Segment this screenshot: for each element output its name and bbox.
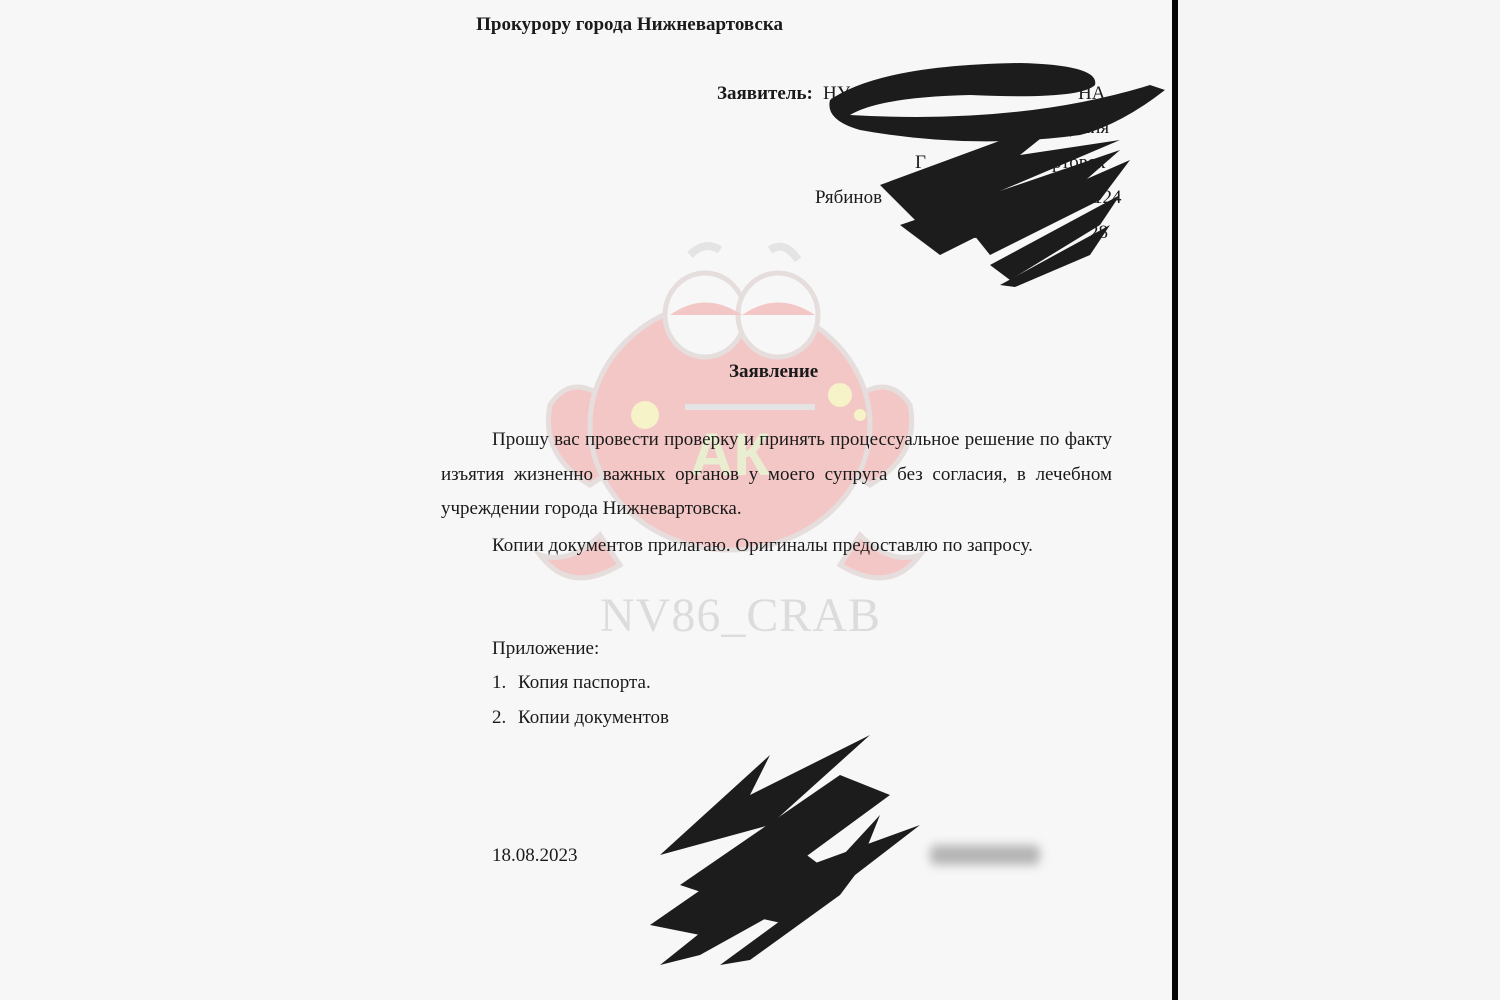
attachment-number: 2. — [492, 708, 506, 727]
body-paragraph-1: Прошу вас провести проверку и принять пр… — [441, 423, 1112, 527]
document-date: 18.08.2023 — [492, 846, 578, 865]
addressee: Прокурору города Нижневартовска — [476, 15, 783, 34]
redaction-scribble-signature — [640, 735, 930, 975]
attachment-number: 1. — [492, 673, 506, 692]
blurred-signature-name — [930, 845, 1040, 865]
redaction-scribble-header — [820, 55, 1170, 295]
empty-margin — [1178, 0, 1500, 1000]
document-page: АК NV86_CRAB Прокурору города Нижневарто… — [0, 0, 1172, 1000]
attachment-item: Копии документов — [518, 708, 669, 727]
attachments-label: Приложение: — [492, 639, 599, 658]
applicant-label: Заявитель: — [717, 84, 813, 103]
attachment-item: Копия паспорта. — [518, 673, 651, 692]
body-paragraph-2: Копии документов прилагаю. Оригиналы пре… — [492, 536, 1033, 555]
watermark-text: NV86_CRAB — [600, 588, 900, 643]
document-title: Заявление — [729, 362, 818, 381]
